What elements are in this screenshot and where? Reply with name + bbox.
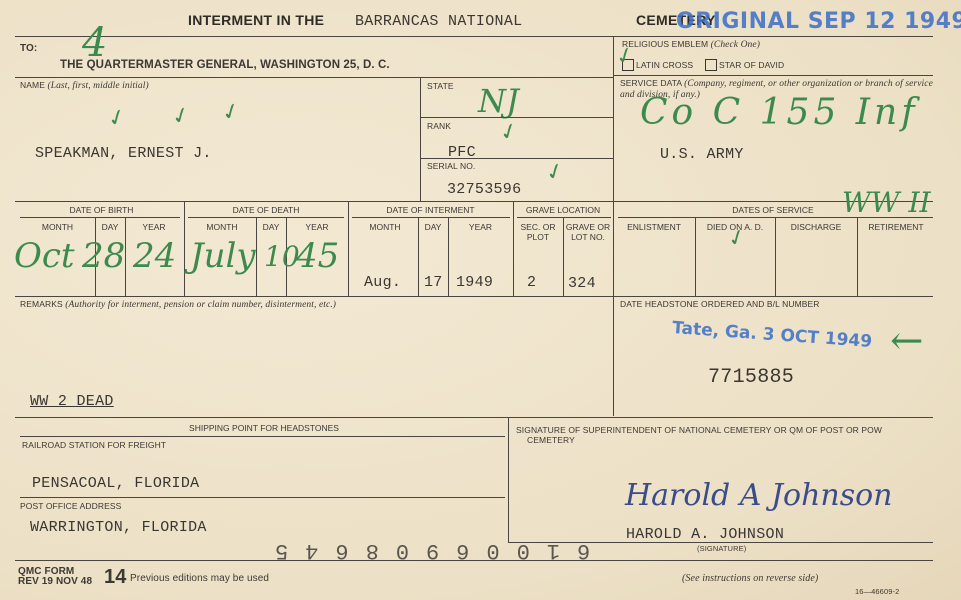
check-mark-icon: ✓ [104, 104, 130, 134]
col-day: DAY [95, 222, 125, 232]
grave-location-label: GRAVE LOCATION [513, 205, 613, 215]
grave-lot-label: GRAVE ORLOT NO. [563, 222, 613, 242]
signature-label: SIGNATURE OF SUPERINTENDENT OF NATIONAL … [516, 425, 882, 435]
date-of-death-label: DATE OF DEATH [184, 205, 348, 215]
shipping-label: SHIPPING POINT FOR HEADSTONES [20, 423, 508, 433]
serial-value: 32753596 [447, 181, 521, 198]
divider [613, 75, 933, 76]
check-mark-icon: ✓ [218, 98, 244, 128]
arrow-icon: ← [890, 318, 924, 364]
divider [20, 436, 505, 437]
col-year: YEAR [448, 222, 513, 232]
death-year: 45 [296, 236, 339, 276]
form-id: QMC FORMREV 19 NOV 48 [18, 567, 92, 587]
headstone-date-stamp: Tate, Ga. 3 OCT 1949 [672, 318, 873, 352]
divider [420, 117, 613, 118]
state-value: NJ [478, 82, 519, 120]
birth-year: 24 [133, 236, 176, 276]
to-label: TO: [20, 43, 37, 54]
interment-month: Aug. [364, 274, 401, 291]
grave-lot: 324 [568, 275, 596, 292]
discharge-label: DISCHARGE [775, 222, 857, 232]
col-day: DAY [418, 222, 448, 232]
post-office-value: WARRINGTON, FLORIDA [30, 519, 207, 536]
date-of-birth-label: DATE OF BIRTH [20, 205, 183, 215]
serial-label: SERIAL NO. [427, 161, 475, 171]
latin-cross-label: LATIN CROSS [636, 60, 693, 70]
divider [15, 560, 933, 561]
divider [20, 497, 505, 498]
title-prefix: INTERMENT IN THE [188, 12, 324, 28]
religious-emblem-label: RELIGIOUS EMBLEM (Check One) [622, 39, 760, 50]
name-value: SPEAKMAN, ERNEST J. [35, 145, 212, 162]
divider [15, 36, 933, 37]
cemetery-name: BARRANCAS NATIONAL [355, 13, 522, 30]
enlistment-label: ENLISTMENT [613, 222, 695, 232]
check-mark-icon: ✓ [168, 102, 194, 132]
death-month: July [190, 236, 256, 276]
signature-caption: (SIGNATURE) [697, 544, 746, 553]
divider [15, 296, 933, 297]
divider [348, 201, 349, 296]
addressee: THE QUARTERMASTER GENERAL, WASHINGTON 25… [60, 59, 390, 71]
birth-day: 28 [82, 236, 125, 276]
interment-day: 17 [424, 274, 443, 291]
divider [184, 201, 185, 296]
remarks-label: REMARKS (Authority for interment, pensio… [20, 299, 336, 310]
divider [15, 77, 613, 78]
editions-note: Previous editions may be used [130, 573, 269, 584]
remarks-value: WW 2 DEAD [30, 393, 114, 410]
dates-of-service-handwritten: WW II [842, 186, 931, 219]
col-month: MONTH [20, 222, 95, 232]
headstone-label: DATE HEADSTONE ORDERED AND B/L NUMBER [620, 299, 820, 309]
birth-month: Oct [14, 236, 75, 276]
print-code: 16—46609-2 [855, 587, 899, 596]
divider [352, 217, 510, 218]
signature-label-line2: CEMETERY [527, 435, 575, 445]
divider [517, 217, 611, 218]
original-date-stamp: ORIGINAL SEP 12 1949 [676, 9, 961, 34]
divider [420, 77, 421, 201]
form-number: 14 [104, 566, 126, 589]
sec-plot-label: SEC. ORPLOT [513, 222, 563, 242]
col-month: MONTH [188, 222, 256, 232]
col-year: YEAR [125, 222, 183, 232]
rank-label: RANK [427, 121, 451, 131]
col-year: YEAR [286, 222, 348, 232]
col-month: MONTH [352, 222, 418, 232]
retirement-label: RETIREMENT [857, 222, 935, 232]
divider [420, 158, 613, 159]
divider [15, 417, 933, 418]
death-day: 10 [264, 240, 300, 273]
check-mark-icon: ✓ [542, 158, 568, 188]
check-mark-icon: ✓ [496, 118, 522, 148]
signature-typed-name: HAROLD A. JOHNSON [626, 526, 784, 543]
divider [20, 217, 180, 218]
grave-section: 2 [527, 274, 536, 291]
post-office-label: POST OFFICE ADDRESS [20, 501, 121, 511]
state-label: STATE [427, 81, 454, 91]
name-label: NAME (Last, first, middle initial) [20, 80, 149, 91]
star-of-david-checkbox[interactable] [705, 59, 717, 71]
star-of-david-label: STAR OF DAVID [719, 60, 784, 70]
divider [508, 417, 509, 542]
handwritten-mark: 4 [82, 20, 107, 66]
interment-card: INTERMENT IN THE BARRANCAS NATIONAL CEME… [0, 0, 961, 600]
signature-handwritten: Harold A Johnson [625, 478, 893, 513]
divider [15, 201, 933, 202]
service-data-value: U.S. ARMY [660, 146, 744, 163]
col-day: DAY [256, 222, 286, 232]
service-data-handwritten: Co C 155 Inf [640, 92, 919, 133]
railroad-value: PENSACOAL, FLORIDA [32, 475, 199, 492]
divider [513, 201, 514, 296]
railroad-label: RAILROAD STATION FOR FREIGHT [22, 440, 166, 450]
divider [188, 217, 344, 218]
bl-number: 7715885 [708, 366, 794, 389]
interment-year: 1949 [456, 274, 493, 291]
date-of-interment-label: DATE OF INTERMENT [348, 205, 513, 215]
instructions-note: (See instructions on reverse side) [682, 573, 818, 584]
